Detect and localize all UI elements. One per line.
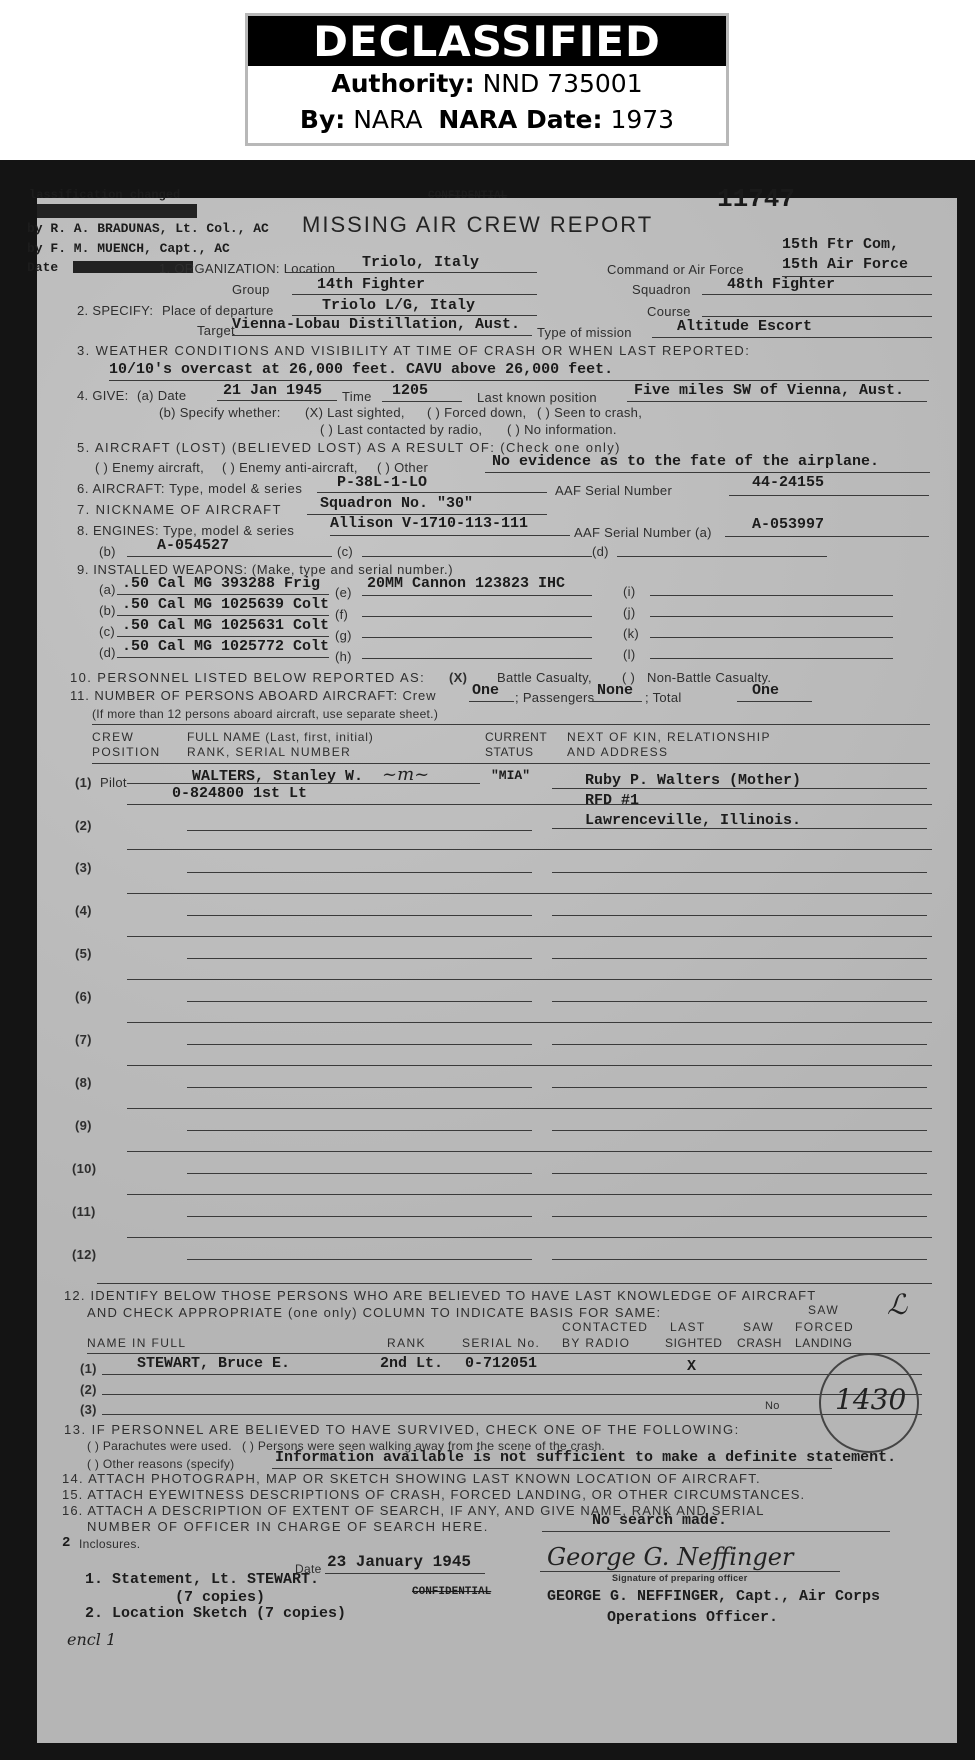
signature-date-value: 23 January 1945 <box>327 1553 471 1571</box>
enemy-aa-checkbox[interactable]: ( ) <box>222 460 235 475</box>
command-value-2: 15th Air Force <box>782 256 908 273</box>
engine-type-value: Allison V-1710-113-111 <box>330 515 528 532</box>
other-reasons-value: Information available is not sufficient … <box>275 1449 896 1466</box>
inclosures-label: Inclosures. <box>79 1537 140 1551</box>
battle-casualty-label: Battle Casualty, <box>497 670 592 685</box>
margin-note: encl 1 <box>67 1630 116 1649</box>
seen-to-crash-checkbox[interactable]: ( ) <box>537 405 550 420</box>
total-count: One <box>752 682 779 699</box>
target-label: Target <box>197 323 235 338</box>
kin-address-1: RFD #1 <box>585 792 639 809</box>
mission-value: Altitude Escort <box>677 318 812 335</box>
saw-crash-header-1: SAW <box>743 1320 774 1334</box>
position-header: POSITION <box>92 745 161 759</box>
last-contacted-radio-option[interactable]: ( ) Last contacted by radio, <box>320 422 482 437</box>
engine-serial-b: A-054527 <box>157 537 229 554</box>
inclosure-1-copies: (7 copies) <box>175 1589 265 1606</box>
stamp-no-label: No <box>765 1400 780 1412</box>
separate-sheet-note: (If more than 12 persons aboard aircraft… <box>92 707 438 721</box>
declassified-heading: DECLASSIFIED <box>248 16 726 66</box>
authority-line: Authority: NND 735001 <box>248 66 726 102</box>
weapon-c: .50 Cal MG 1025631 Colt <box>122 617 329 634</box>
passengers-count: None <box>597 682 633 699</box>
command-value-1: 15th Ftr Com, <box>782 236 899 253</box>
confidential-bottom-stamp: CONFIDENTIAL <box>412 1586 491 1598</box>
parachutes-option[interactable]: ( ) Parachutes were used. <box>87 1439 232 1453</box>
last-header: LAST <box>670 1320 706 1334</box>
aircraft-type-label: 6. AIRCRAFT: Type, model & series <box>77 481 302 496</box>
classification-note: lassification changed <box>29 188 180 202</box>
personnel-reported-label: 10. PERSONNEL LISTED BELOW REPORTED AS: <box>70 670 425 685</box>
by-radio-header: BY RADIO <box>562 1336 630 1350</box>
scanned-document-frame: lassification changed by R. A. BRADUNAS,… <box>0 160 975 1760</box>
officer-signature: George G. Neffinger <box>547 1543 793 1571</box>
group-label: Group <box>232 282 270 297</box>
stamp-number: 1430 <box>835 1383 906 1416</box>
kin-name: Ruby P. Walters (Mother) <box>585 772 801 789</box>
last-sighted-option[interactable]: (X) Last sighted, <box>305 405 405 420</box>
saw-forced-header-3: LANDING <box>795 1336 853 1350</box>
confidential-top-stamp: CONFIDENTIAL <box>428 190 507 202</box>
no-information-option[interactable]: ( ) No information. <box>507 422 617 437</box>
other-option[interactable]: ( ) Other <box>377 460 428 475</box>
saw-forced-header-1: SAW <box>808 1303 839 1317</box>
other-cause-value: No evidence as to the fate of the airpla… <box>492 453 879 470</box>
aircraft-type-value: P-38L-1-LO <box>337 474 427 491</box>
crew-status: "MIA" <box>491 768 530 783</box>
crew-header: CREW <box>92 730 134 744</box>
attach-search-label-2: NUMBER OF OFFICER IN CHARGE OF SEARCH HE… <box>87 1519 489 1534</box>
last-knowledge-label-1: 12. IDENTIFY BELOW THOSE PERSONS WHO ARE… <box>64 1288 816 1303</box>
other-checkbox[interactable]: ( ) <box>377 460 390 475</box>
sighted-header: SIGHTED <box>665 1336 723 1350</box>
witness-name: STEWART, Bruce E. <box>137 1355 290 1372</box>
battle-casualty-checkbox[interactable]: (X) <box>449 670 467 685</box>
inclosure-2: 2. Location Sketch (7 copies) <box>85 1605 346 1622</box>
group-value: 14th Fighter <box>317 276 425 293</box>
by-line: By: NARA NARA Date: 1973 <box>248 102 726 138</box>
organization-label: 1. ORGANIZATION: Location <box>159 261 335 276</box>
handwritten-initials: ℒ <box>887 1288 907 1321</box>
seen-to-crash-option[interactable]: ( ) Seen to crash, <box>537 405 642 420</box>
departure-value: Triolo L/G, Italy <box>322 297 475 314</box>
rank-serial-header: RANK, SERIAL NUMBER <box>187 745 351 759</box>
forced-down-checkbox[interactable]: ( ) <box>427 405 440 420</box>
initials-mark: ~m~ <box>382 764 429 785</box>
name-in-full-header: NAME IN FULL <box>87 1336 186 1350</box>
crew-rank-serial: 0-824800 1st Lt <box>172 785 307 802</box>
other-reasons-option[interactable]: ( ) Other reasons (specify) <box>87 1457 234 1471</box>
report-number: 11747 <box>717 184 795 214</box>
aircraft-serial-label: AAF Serial Number <box>555 483 672 498</box>
kin-address-2: Lawrenceville, Illinois. <box>585 812 801 829</box>
officer-title: Operations Officer. <box>607 1609 778 1626</box>
search-value: No search made. <box>592 1512 727 1529</box>
witness-serial: 0-712051 <box>465 1355 537 1372</box>
next-of-kin-header: NEXT OF KIN, RELATIONSHIP <box>567 730 771 744</box>
weapon-d: .50 Cal MG 1025772 Colt <box>122 638 329 655</box>
signature-caption: Signature of preparing officer <box>612 1573 748 1583</box>
classification-strikeout <box>37 204 197 218</box>
officer-name: GEORGE G. NEFFINGER, Capt., Air Corps <box>547 1588 880 1605</box>
declassify-by-2: by F. M. MUENCH, Capt., AC <box>27 241 230 256</box>
current-header: CURRENT <box>485 730 547 744</box>
squadron-value: 48th Fighter <box>727 276 835 293</box>
position-value: Five miles SW of Vienna, Aust. <box>634 382 904 399</box>
crew-position: Pilot <box>100 775 127 790</box>
no-information-checkbox[interactable]: ( ) <box>507 422 520 437</box>
nickname-label: 7. NICKNAME OF AIRCRAFT <box>77 502 282 517</box>
target-value: Vienna-Lobau Distillation, Aust. <box>232 316 520 333</box>
nara-date-label: NARA Date: <box>438 105 602 134</box>
passengers-label: ; Passengers <box>515 690 594 705</box>
by-value: NARA <box>353 105 422 134</box>
last-sighted-mark: X <box>687 1358 696 1375</box>
saw-crash-header-2: CRASH <box>737 1336 782 1350</box>
time-value: 1205 <box>392 382 428 399</box>
declassify-by-1: by R. A. BRADUNAS, Lt. Col., AC <box>27 221 269 236</box>
declassified-stamp: DECLASSIFIED Authority: NND 735001 By: N… <box>245 13 729 146</box>
report-title: MISSING AIR CREW REPORT <box>302 212 653 238</box>
weather-label: 3. WEATHER CONDITIONS AND VISIBILITY AT … <box>77 343 750 358</box>
engine-serial-label: AAF Serial Number (a) <box>574 525 712 540</box>
course-label: Course <box>647 304 691 319</box>
attach-eyewitness-label: 15. ATTACH EYEWITNESS DESCRIPTIONS OF CR… <box>62 1487 805 1502</box>
nara-date-value: 1973 <box>610 105 674 134</box>
authority-value: NND 735001 <box>483 69 643 98</box>
last-sighted-checkbox[interactable]: (X) <box>305 405 323 420</box>
attach-photo-label: 14. ATTACH PHOTOGRAPH, MAP OR SKETCH SHO… <box>62 1471 761 1486</box>
forced-down-option[interactable]: ( ) Forced down, <box>427 405 526 420</box>
by-label: By: <box>300 105 345 134</box>
address-header: AND ADDRESS <box>567 745 668 759</box>
full-name-header: FULL NAME (Last, first, initial) <box>187 730 374 744</box>
engine-serial-a: A-053997 <box>752 516 824 533</box>
weather-value: 10/10's overcast at 26,000 feet. CAVU ab… <box>109 361 613 378</box>
squadron-label: Squadron <box>632 282 691 297</box>
last-contacted-radio-checkbox[interactable]: ( ) <box>320 422 333 437</box>
engine-c-label: (c) <box>337 544 353 559</box>
date-label: (a) Date <box>137 388 186 403</box>
specify-label: 2. SPECIFY: <box>77 303 153 318</box>
saw-forced-header-2: FORCED <box>795 1320 854 1334</box>
mission-label: Type of mission <box>537 325 632 340</box>
inclosures-count: 2 <box>62 1535 70 1551</box>
witness-rank: 2nd Lt. <box>380 1355 443 1372</box>
engine-d-label: (d) <box>592 544 609 559</box>
position-label: Last known position <box>477 390 597 405</box>
specify-whether-label: (b) Specify whether: <box>159 405 281 420</box>
persons-aboard-label: 11. NUMBER OF PERSONS ABOARD AIRCRAFT: C… <box>70 688 436 703</box>
give-label: 4. GIVE: <box>77 388 129 403</box>
status-header: STATUS <box>485 745 534 759</box>
survived-label: 13. IF PERSONNEL ARE BELIEVED TO HAVE SU… <box>64 1422 740 1437</box>
engines-label: 8. ENGINES: Type, model & series <box>77 523 294 538</box>
weapon-a: .50 Cal MG 393288 Frig <box>122 575 320 592</box>
inclosure-1: 1. Statement, Lt. STEWART. <box>85 1571 319 1588</box>
serial-no-header: SERIAL No. <box>462 1336 540 1350</box>
weapon-b: .50 Cal MG 1025639 Colt <box>122 596 329 613</box>
time-label: Time <box>342 389 372 404</box>
last-knowledge-label-2: AND CHECK APPROPRIATE (one only) COLUMN … <box>87 1305 661 1320</box>
rank-header: RANK <box>387 1336 426 1350</box>
authority-label: Authority: <box>331 69 474 98</box>
enemy-aircraft-checkbox[interactable]: ( ) <box>95 460 108 475</box>
nickname-value: Squadron No. "30" <box>320 495 473 512</box>
command-label: Command or Air Force <box>607 262 744 277</box>
date-value: 21 Jan 1945 <box>223 382 322 399</box>
crew-count: One <box>472 682 499 699</box>
enemy-aircraft-option[interactable]: ( ) Enemy aircraft, <box>95 460 204 475</box>
location-value: Triolo, Italy <box>362 254 479 271</box>
aircraft-serial-value: 44-24155 <box>752 474 824 491</box>
total-label: ; Total <box>645 690 682 705</box>
contacted-header: CONTACTED <box>562 1320 648 1334</box>
report-page: lassification changed by R. A. BRADUNAS,… <box>37 198 957 1743</box>
engine-b-label: (b) <box>99 544 116 559</box>
declassify-date-label: Date <box>27 260 58 275</box>
enemy-aa-option[interactable]: ( ) Enemy anti-aircraft, <box>222 460 358 475</box>
weapon-e: 20MM Cannon 123823 IHC <box>367 575 565 592</box>
